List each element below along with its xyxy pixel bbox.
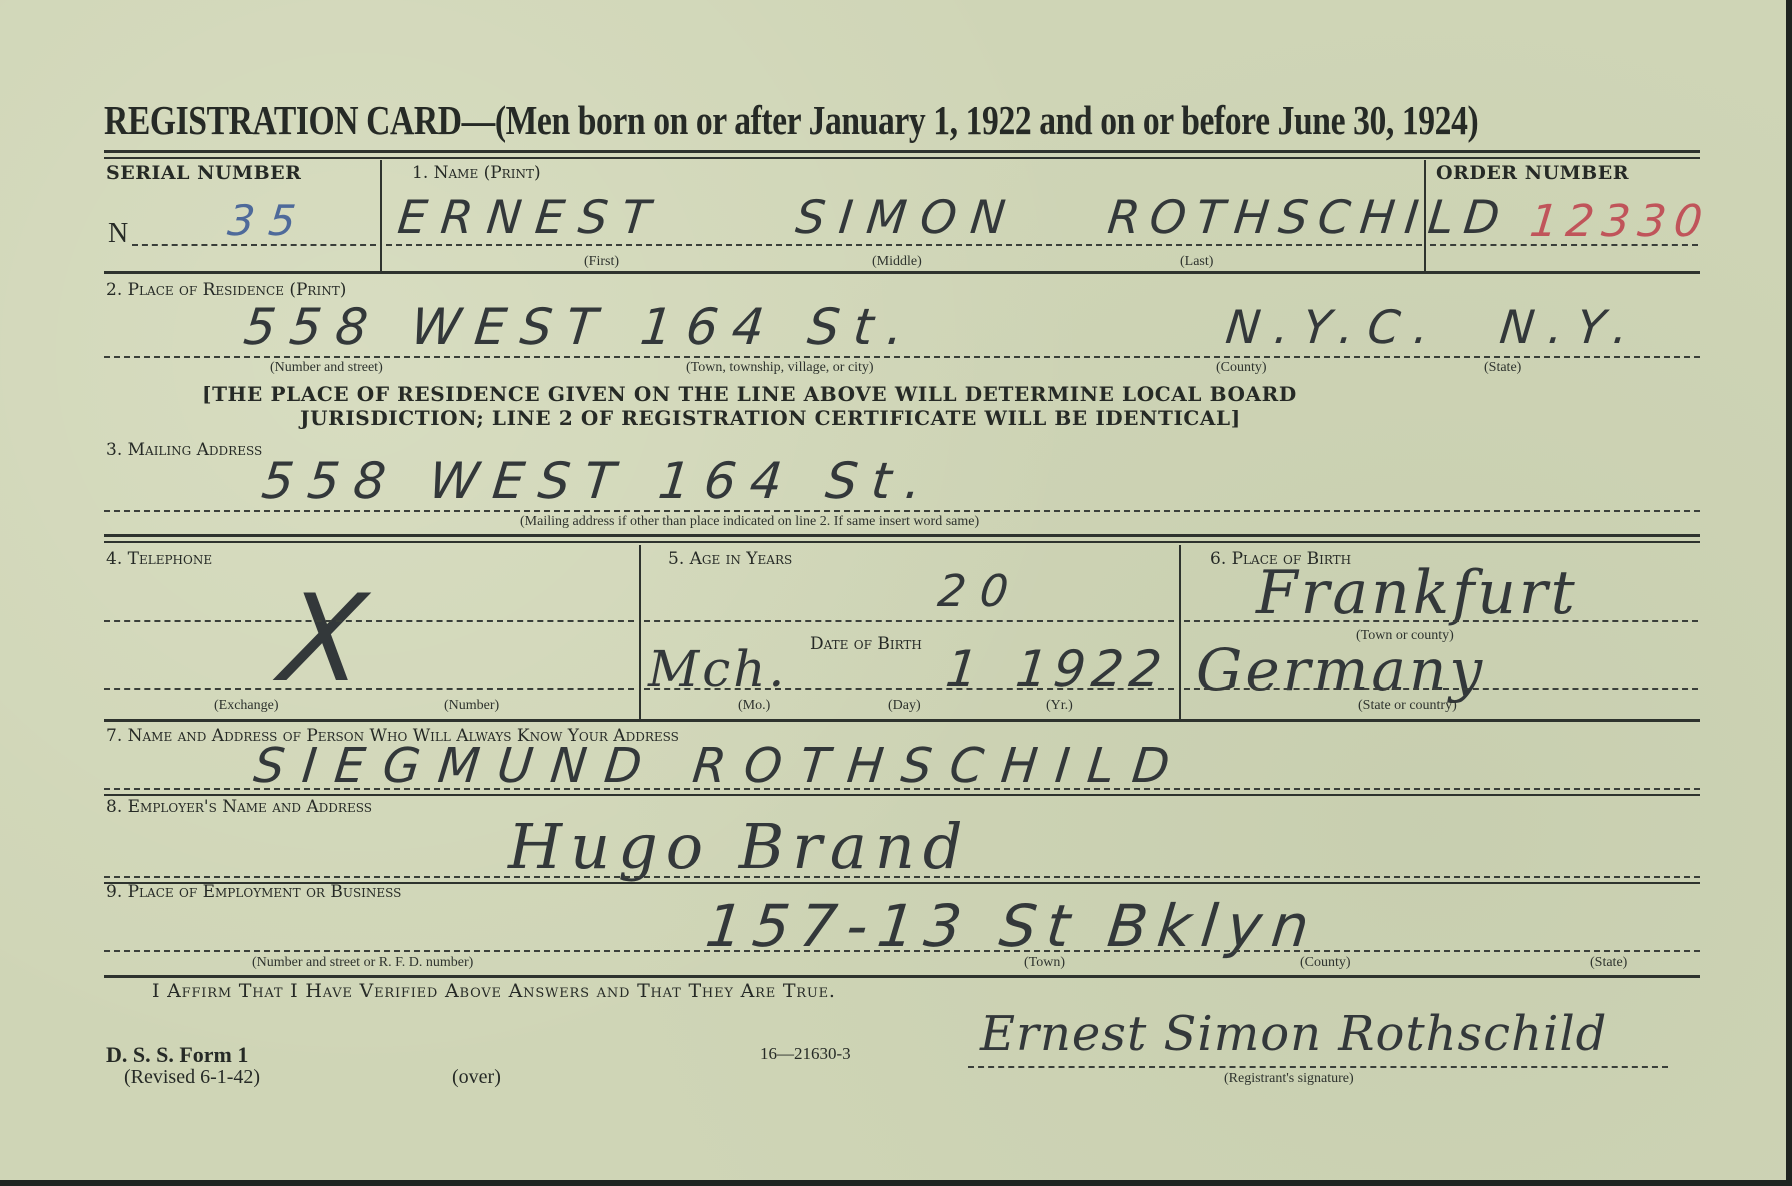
- employment-place-label: 9. Place of Employment or Business: [106, 882, 401, 902]
- telephone-divider: [639, 545, 641, 719]
- day-caption: (Day): [888, 698, 921, 714]
- year-caption: (Yr.): [1046, 698, 1073, 714]
- registration-card: REGISTRATION CARD—(Men born on or after …: [0, 0, 1786, 1180]
- top-rule-inner: [104, 157, 1700, 159]
- telephone-label: 4. Telephone: [106, 549, 212, 569]
- first-name-value: ERNEST: [395, 190, 666, 244]
- name-label: 1. Name (Print): [412, 163, 541, 183]
- contact-line: [104, 788, 1700, 790]
- residence-county-caption: (County): [1216, 360, 1267, 376]
- residence-notice-line1: [THE PLACE OF RESIDENCE GIVEN ON THE LIN…: [202, 382, 1297, 406]
- signature-value: Ernest Simon Rothschild: [980, 1006, 1607, 1062]
- number-caption: (Number): [444, 698, 499, 714]
- row4-bottom-rule: [104, 719, 1700, 722]
- first-caption: (First): [584, 254, 619, 270]
- age-divider: [1179, 545, 1181, 719]
- residence-town-caption: (Town, township, village, or city): [686, 360, 874, 376]
- serial-prefix: N: [108, 218, 128, 250]
- telephone-line-1: [104, 620, 634, 622]
- date-of-birth-label: Date of Birth: [810, 634, 922, 654]
- residence-county-value: N.Y.C.: [1223, 300, 1445, 354]
- name-line: [386, 244, 1422, 246]
- age-value: 20: [935, 566, 1024, 617]
- residence-label: 2. Place of Residence (Print): [106, 280, 346, 300]
- month-caption: (Mo.): [738, 698, 770, 714]
- birthplace-country-line: [1184, 688, 1698, 690]
- residence-state-value: N.Y.: [1497, 300, 1645, 354]
- card-title: REGISTRATION CARD—(Men born on or after …: [104, 96, 1478, 144]
- middle-name-value: SIMON: [793, 190, 1022, 244]
- over-note: (over): [452, 1066, 501, 1089]
- row9-rule: [104, 975, 1700, 978]
- contact-value: SIEGMUND ROTHSCHILD: [251, 738, 1190, 794]
- mailing-address-value: 558 WEST 164 St.: [259, 452, 938, 510]
- order-divider: [1424, 160, 1426, 272]
- birthplace-town-value: Frankfurt: [1256, 558, 1578, 628]
- employment-town-caption: (Town): [1024, 955, 1065, 971]
- row7-rule: [104, 794, 1700, 796]
- top-rule: [104, 150, 1700, 153]
- serial-number-label: SERIAL NUMBER: [106, 162, 301, 184]
- print-code: 16—21630-3: [760, 1044, 851, 1064]
- age-line: [644, 620, 1174, 622]
- serial-divider: [380, 160, 382, 272]
- birthplace-country-value: Germany: [1196, 636, 1485, 704]
- last-caption: (Last): [1180, 254, 1213, 270]
- employment-state-caption: (State): [1590, 955, 1627, 971]
- order-number-value: 12330: [1527, 196, 1712, 247]
- employment-street-caption: (Number and street or R. F. D. number): [252, 955, 473, 971]
- employer-value: Hugo Brand: [508, 810, 971, 883]
- dob-line: [644, 688, 1174, 690]
- middle-caption: (Middle): [872, 254, 922, 270]
- row3-rule-b: [104, 541, 1700, 543]
- employment-place-line: [104, 950, 1700, 952]
- employer-label: 8. Employer's Name and Address: [106, 797, 372, 817]
- row1-bottom-rule: [104, 271, 1700, 274]
- telephone-line-2: [104, 688, 634, 690]
- residence-street-value: 558 WEST 164 St.: [241, 298, 920, 356]
- age-label: 5. Age in Years: [668, 549, 792, 569]
- row3-rule-a: [104, 534, 1700, 537]
- mailing-caption: (Mailing address if other than place ind…: [520, 514, 979, 530]
- affirmation-text: I Affirm That I Have Verified Above Answ…: [152, 980, 836, 1002]
- signature-line: [968, 1066, 1668, 1068]
- birthplace-country-caption: (State or country): [1358, 698, 1457, 714]
- signature-caption: (Registrant's signature): [1224, 1071, 1354, 1087]
- employment-county-caption: (County): [1300, 955, 1351, 971]
- serial-number-value: 35: [225, 196, 312, 245]
- residence-state-caption: (State): [1484, 360, 1521, 376]
- order-number-label: ORDER NUMBER: [1436, 162, 1629, 184]
- birthplace-town-line: [1184, 620, 1698, 622]
- exchange-caption: (Exchange): [214, 698, 279, 714]
- form-number: D. S. S. Form 1: [106, 1042, 248, 1068]
- employer-line: [104, 876, 1700, 878]
- mailing-line: [104, 510, 1700, 512]
- revised-date: (Revised 6-1-42): [124, 1066, 260, 1089]
- residence-notice-line2: JURISDICTION; LINE 2 OF REGISTRATION CER…: [300, 406, 1241, 430]
- residence-line: [104, 356, 1700, 358]
- mailing-label: 3. Mailing Address: [106, 440, 262, 460]
- last-name-value: ROTHSCHILD: [1105, 190, 1512, 244]
- residence-street-caption: (Number and street): [270, 360, 383, 376]
